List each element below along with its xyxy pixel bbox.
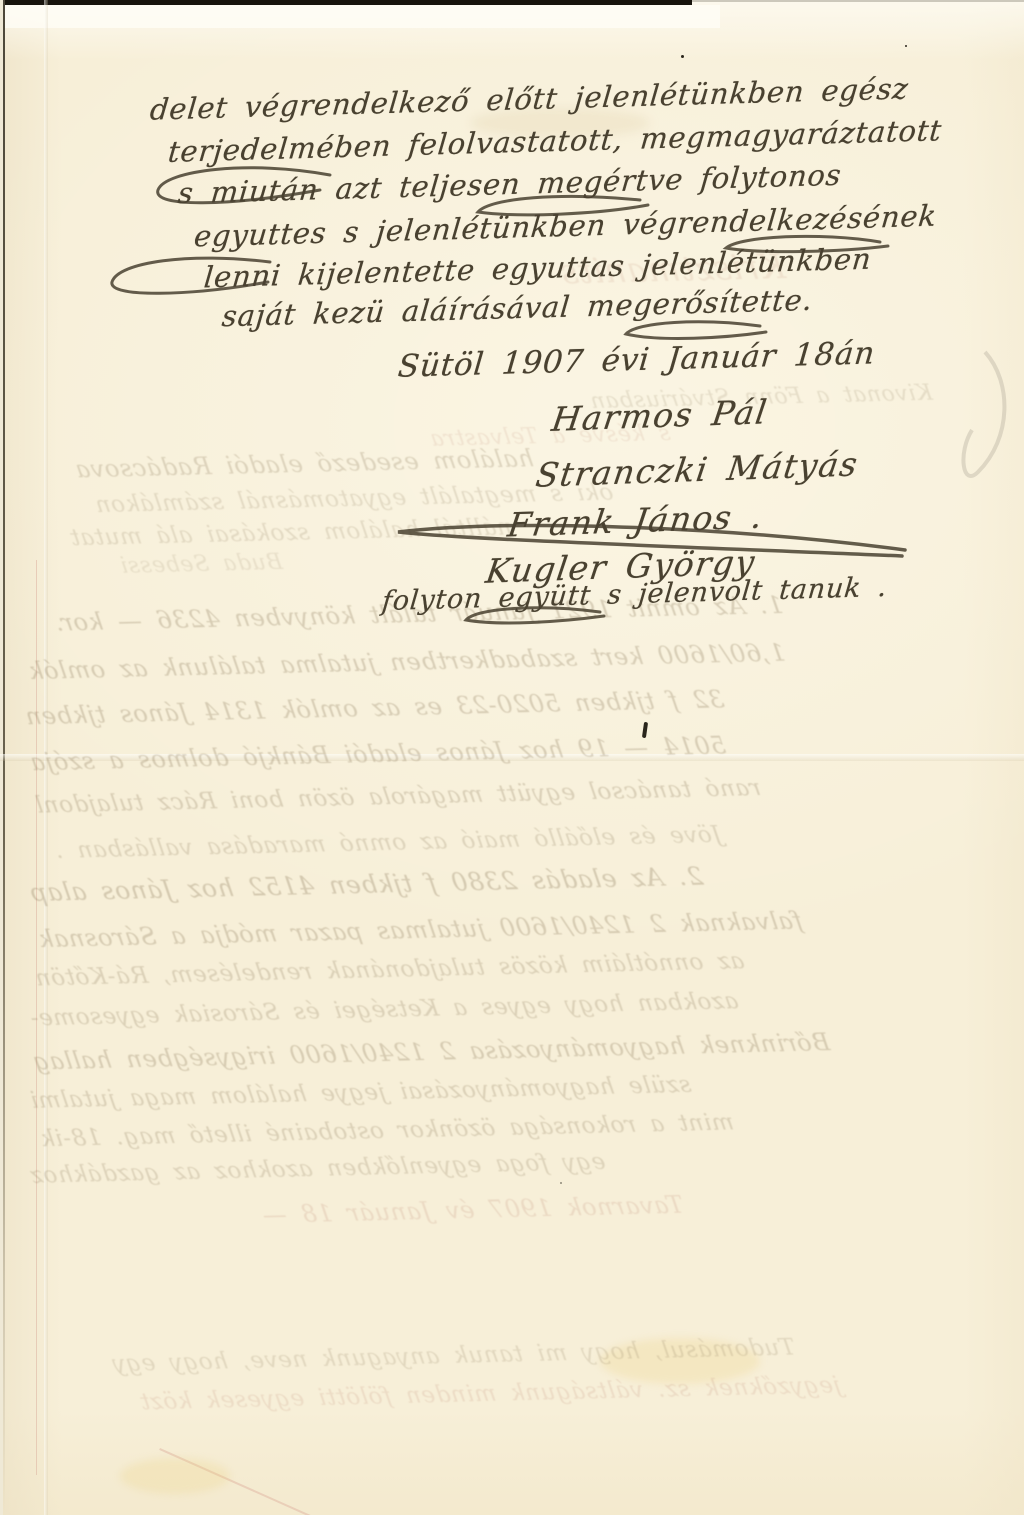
ink-speck <box>905 45 907 47</box>
scan-edge-top-thin <box>692 0 1024 2</box>
ink-speck <box>681 55 684 58</box>
scanned-manuscript-page: { "page": { "kind": "scanned handwritten… <box>0 0 1024 1515</box>
paper-stain <box>120 1458 230 1494</box>
signature: Harmos Pál <box>549 392 770 439</box>
ink-speck <box>560 1182 562 1184</box>
paper-top-light-band <box>0 5 720 28</box>
bleedthrough-line: Buda Sebessi <box>118 550 284 579</box>
